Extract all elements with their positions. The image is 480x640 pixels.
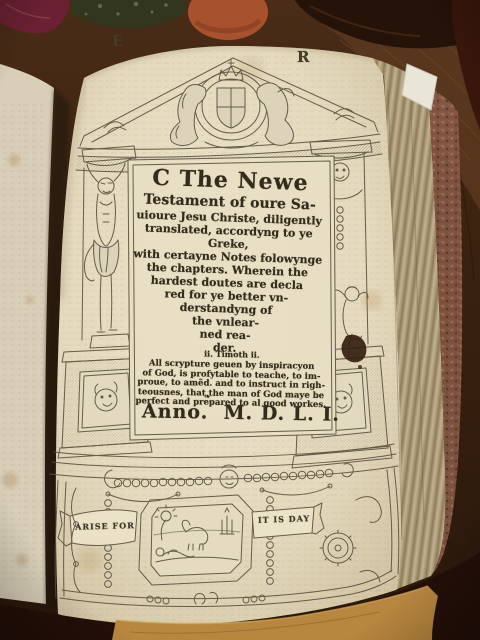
imprint-date: Anno. M. D. L. I. <box>142 400 332 425</box>
printer-ornament: ❧ <box>204 392 211 401</box>
banner-left-text: ARISE FOR <box>74 520 136 532</box>
royal-initial-left: E <box>112 32 123 50</box>
antique-book-photo: E R C The Newe Testament of oure Sa- uio… <box>0 0 480 640</box>
royal-initial-right: R <box>297 48 309 66</box>
title-block: C The Newe Testament of oure Sa- uioure … <box>123 164 331 358</box>
banner-right-text: IT IS DAY <box>254 513 314 525</box>
